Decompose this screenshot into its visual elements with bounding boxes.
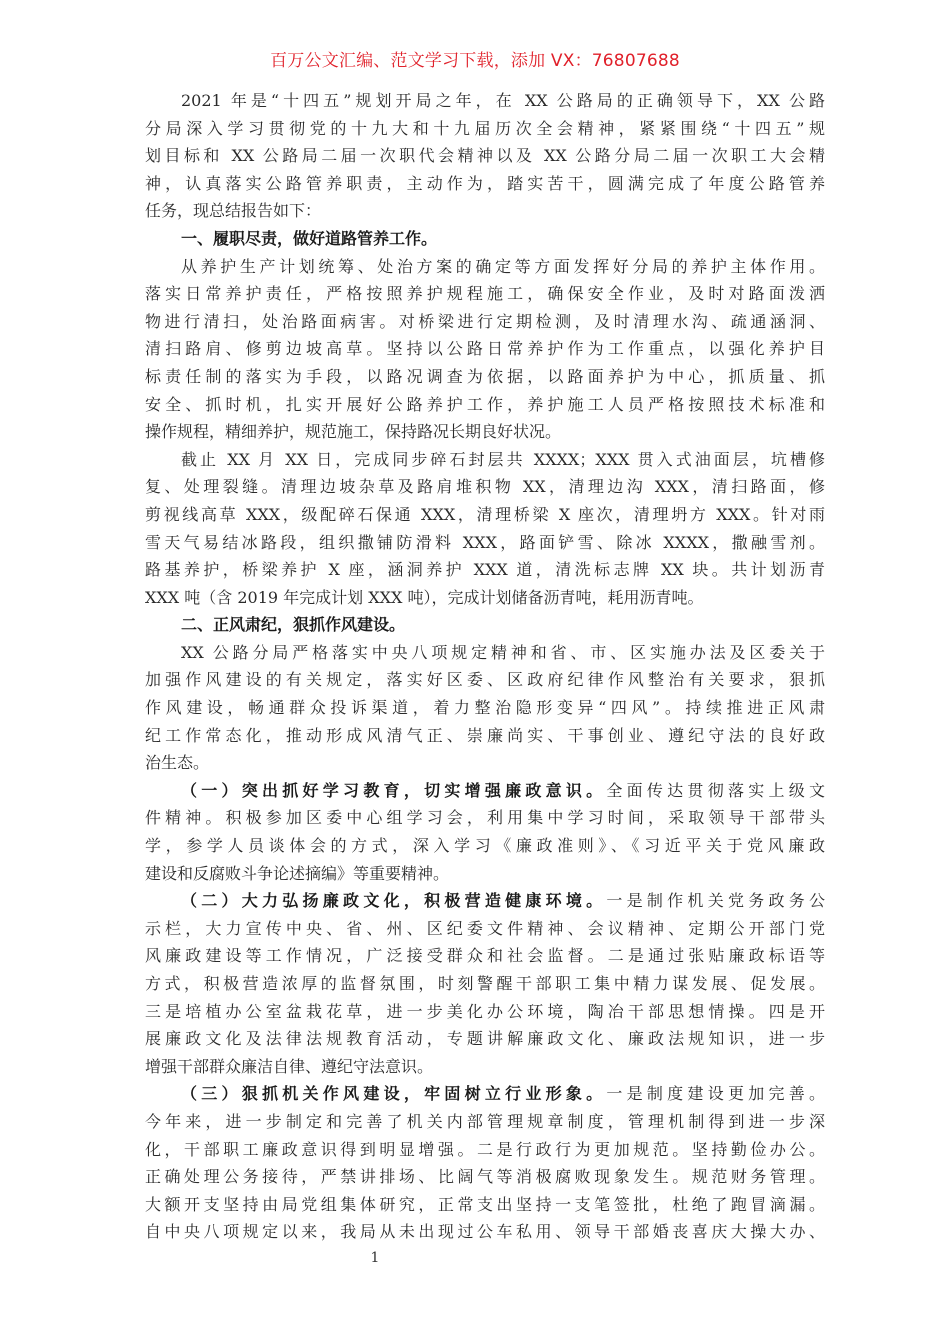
paragraph-line: 建设和反腐败斗争论述摘编》等重要精神。 — [145, 860, 825, 888]
line-text: 风廉政建设等工作情况，广泛接受群众和社会监督。二是通过张贴廉政标语等 — [145, 946, 825, 965]
line-text: 正确处理公务接待，严禁讲排场、比阔气等消极腐败现象发生。规范财务管理。 — [145, 1167, 825, 1186]
paragraph-line: （二）大力弘扬廉政文化，积极营造健康环境。一是制作机关党务政务公 — [145, 887, 825, 915]
line-text: 加强作风建设的有关规定，落实好区委、区政府纪律作风整治有关要求，狠抓 — [145, 670, 825, 689]
line-text: 神，认真落实公路管养职责，主动作为，踏实苦干，圆满完成了年度公路管养 — [145, 174, 825, 193]
paragraph-line: 复、处理裂缝。清理边坡杂草及路肩堆积物 XX，清理边沟 XXX，清扫路面，修 — [145, 473, 825, 501]
line-text: 安全、抓时机，扎实开展好公路养护工作，养护施工人员严格按照技术标准和 — [145, 395, 825, 414]
paragraph-line: 学，参学人员谈体会的方式，深入学习《廉政准则》、《习近平关于党风廉政 — [145, 832, 825, 860]
line-text: 件精神。积极参加区委中心组学习会，利用集中学习时间，采取领导干部带头 — [145, 808, 825, 827]
paragraph-line: 自中央八项规定以来，我局从未出现过公车私用、领导干部婚丧喜庆大操大办、 — [145, 1218, 825, 1246]
paragraph-line: （一）突出抓好学习教育，切实增强廉政意识。全面传达贯彻落实上级文 — [145, 777, 825, 805]
line-text: 雪天气易结冰路段，组织撒铺防滑料 XXX，路面铲雪、除冰 XXXX，撒融雪剂。 — [145, 533, 825, 552]
line-text: 方式，积极营造浓厚的监督氛围，时刻警醒干部职工集中精力谋发展、促发展。 — [145, 974, 825, 993]
line-text: 标责任制的落实为手段，以路况调查为依据，以路面养护为中心，抓质量、抓 — [145, 367, 825, 386]
page-number: 1 — [0, 1250, 950, 1266]
paragraph-line: 加强作风建设的有关规定，落实好区委、区政府纪律作风整治有关要求，狠抓 — [145, 666, 825, 694]
line-text: 复、处理裂缝。清理边坡杂草及路肩堆积物 XX，清理边沟 XXX，清扫路面，修 — [145, 477, 825, 496]
paragraph-line: 大额开支坚持由局党组集体研究，正常支出坚持一支笔签批，杜绝了跑冒滴漏。 — [145, 1191, 825, 1219]
paragraph-line: 雪天气易结冰路段，组织撒铺防滑料 XXX，路面铲雪、除冰 XXXX，撒融雪剂。 — [145, 529, 825, 557]
line-text: 一是制作机关党务政务公 — [606, 891, 825, 910]
paragraph-line: 物进行清扫，处治路面病害。对桥梁进行定期检测，及时清理水沟、疏通涵洞、 — [145, 308, 825, 336]
line-text: 纪工作常态化，推动形成风清气正、崇廉尚实、干事创业、遵纪守法的良好政 — [145, 726, 825, 745]
line-text: 建设和反腐败斗争论述摘编》等重要精神。 — [145, 864, 449, 883]
line-text: 任务，现总结报告如下： — [145, 201, 321, 220]
paragraph-line: 神，认真落实公路管养职责，主动作为，踏实苦干，圆满完成了年度公路管养 — [145, 170, 825, 198]
paragraph-line: 今年来，进一步制定和完善了机关内部管理规章制度，管理机制得到进一步深 — [145, 1108, 825, 1136]
paragraph-line: 标责任制的落实为手段，以路况调查为依据，以路面养护为中心，抓质量、抓 — [145, 363, 825, 391]
line-text: 路基养护，桥梁养护 X 座，涵洞养护 XXX 道，清洗标志牌 XX 块。共计划沥… — [145, 560, 825, 579]
paragraph-line: 分局深入学习贯彻党的十九大和十九届历次全会精神，紧紧围绕“十四五”规 — [145, 115, 825, 143]
paragraph-line: 化，干部职工廉政意识得到明显增强。二是行政行为更加规范。坚持勤俭办公。 — [145, 1136, 825, 1164]
line-text: XXX 吨（含 2019 年完成计划 XXX 吨），完成计划储备沥青吨，耗用沥青… — [145, 588, 704, 607]
line-text: 化，干部职工廉政意识得到明显增强。二是行政行为更加规范。坚持勤俭办公。 — [145, 1140, 825, 1159]
paragraph-line: 治生态。 — [145, 749, 825, 777]
bold-lead-text: （二）大力弘扬廉政文化，积极营造健康环境。 — [181, 891, 606, 910]
page-number-label: 1 — [371, 1250, 380, 1266]
line-text: 增强干部群众廉洁自律、遵纪守法意识。 — [145, 1057, 433, 1076]
paragraph-line: 增强干部群众廉洁自律、遵纪守法意识。 — [145, 1053, 825, 1081]
paragraph-line: 任务，现总结报告如下： — [145, 197, 825, 225]
line-text: 清扫路肩、修剪边坡高草。坚持以公路日常养护作为工作重点，以强化养护目 — [145, 339, 825, 358]
section-heading: 二、正风肃纪，狠抓作风建设。 — [145, 611, 825, 639]
line-text: 展廉政文化及法律法规教育活动，专题讲解廉政文化、廉政法规知识，进一步 — [145, 1029, 825, 1048]
paragraph-line: XX 公路分局严格落实中央八项规定精神和省、市、区实施办法及区委关于 — [145, 639, 825, 667]
line-text: XX 公路分局严格落实中央八项规定精神和省、市、区实施办法及区委关于 — [181, 643, 825, 662]
line-text: 全面传达贯彻落实上级文 — [606, 781, 825, 800]
bold-lead-text: （三）狠抓机关作风建设，牢固树立行业形象。 — [181, 1084, 606, 1103]
paragraph-line: 2021 年是“十四五”规划开局之年，在 XX 公路局的正确领导下，XX 公路 — [145, 87, 825, 115]
line-text: 从养护生产计划统筹、处治方案的确定等方面发挥好分局的养护主体作用。 — [181, 257, 825, 276]
paragraph-line: 截止 XX 月 XX 日，完成同步碎石封层共 XXXX；XXX 贯入式油面层，坑… — [145, 446, 825, 474]
paragraph-line: 示栏，大力宣传中央、省、州、区纪委文件精神、会议精神、定期公开部门党 — [145, 915, 825, 943]
line-text: 大额开支坚持由局党组集体研究，正常支出坚持一支笔签批，杜绝了跑冒滴漏。 — [145, 1195, 825, 1214]
paragraph-line: 清扫路肩、修剪边坡高草。坚持以公路日常养护作为工作重点，以强化养护目 — [145, 335, 825, 363]
line-text: 2021 年是“十四五”规划开局之年，在 XX 公路局的正确领导下，XX 公路 — [181, 91, 825, 110]
line-text: 作风建设，畅通群众投诉渠道，着力整治隐形变异“四风”。持续推进正风肃 — [145, 698, 825, 717]
paragraph-line: （三）狠抓机关作风建设，牢固树立行业形象。一是制度建设更加完善。 — [145, 1080, 825, 1108]
bold-lead-text: 一、履职尽责，做好道路管养工作。 — [181, 229, 437, 248]
section-heading: 一、履职尽责，做好道路管养工作。 — [145, 225, 825, 253]
line-text: 一是制度建设更加完善。 — [606, 1084, 825, 1103]
line-text: 三是培植办公室盆栽花草，进一步美化办公环境，陶冶干部思想情操。四是开 — [145, 1002, 825, 1021]
paragraph-line: 剪视线高草 XXX，级配碎石保通 XXX，清理桥梁 X 座次，清理坍方 XXX。… — [145, 501, 825, 529]
watermark-banner: 百万公文汇编、范文学习下载，添加 VX：76807688 — [0, 46, 950, 71]
line-text: 今年来，进一步制定和完善了机关内部管理规章制度，管理机制得到进一步深 — [145, 1112, 825, 1131]
line-text: 物进行清扫，处治路面病害。对桥梁进行定期检测，及时清理水沟、疏通涵洞、 — [145, 312, 825, 331]
paragraph-line: XXX 吨（含 2019 年完成计划 XXX 吨），完成计划储备沥青吨，耗用沥青… — [145, 584, 825, 612]
line-text: 划目标和 XX 公路局二届一次职代会精神以及 XX 公路分局二届一次职工大会精 — [145, 146, 825, 165]
line-text: 治生态。 — [145, 753, 209, 772]
paragraph-line: 落实日常养护责任，严格按照养护规程施工，确保安全作业，及时对路面泼洒 — [145, 280, 825, 308]
paragraph-line: 风廉政建设等工作情况，广泛接受群众和社会监督。二是通过张贴廉政标语等 — [145, 942, 825, 970]
bold-lead-text: 二、正风肃纪，狠抓作风建设。 — [181, 615, 405, 634]
line-text: 截止 XX 月 XX 日，完成同步碎石封层共 XXXX；XXX 贯入式油面层，坑… — [181, 450, 825, 469]
paragraph-line: 划目标和 XX 公路局二届一次职代会精神以及 XX 公路分局二届一次职工大会精 — [145, 142, 825, 170]
paragraph-line: 纪工作常态化，推动形成风清气正、崇廉尚实、干事创业、遵纪守法的良好政 — [145, 722, 825, 750]
line-text: 操作规程，精细养护，规范施工，保持路况长期良好状况。 — [145, 422, 561, 441]
document-page: 百万公文汇编、范文学习下载，添加 VX：76807688 2021 年是“十四五… — [0, 0, 950, 1344]
bold-lead-text: （一）突出抓好学习教育，切实增强廉政意识。 — [181, 781, 606, 800]
paragraph-line: 正确处理公务接待，严禁讲排场、比阔气等消极腐败现象发生。规范财务管理。 — [145, 1163, 825, 1191]
line-text: 剪视线高草 XXX，级配碎石保通 XXX，清理桥梁 X 座次，清理坍方 XXX。… — [145, 505, 825, 524]
paragraph-line: 方式，积极营造浓厚的监督氛围，时刻警醒干部职工集中精力谋发展、促发展。 — [145, 970, 825, 998]
paragraph-line: 件精神。积极参加区委中心组学习会，利用集中学习时间，采取领导干部带头 — [145, 804, 825, 832]
line-text: 分局深入学习贯彻党的十九大和十九届历次全会精神，紧紧围绕“十四五”规 — [145, 119, 825, 138]
line-text: 示栏，大力宣传中央、省、州、区纪委文件精神、会议精神、定期公开部门党 — [145, 919, 825, 938]
paragraph-line: 作风建设，畅通群众投诉渠道，着力整治隐形变异“四风”。持续推进正风肃 — [145, 694, 825, 722]
paragraph-line: 展廉政文化及法律法规教育活动，专题讲解廉政文化、廉政法规知识，进一步 — [145, 1025, 825, 1053]
paragraph-line: 路基养护，桥梁养护 X 座，涵洞养护 XXX 道，清洗标志牌 XX 块。共计划沥… — [145, 556, 825, 584]
line-text: 自中央八项规定以来，我局从未出现过公车私用、领导干部婚丧喜庆大操大办、 — [145, 1222, 825, 1241]
paragraph-line: 安全、抓时机，扎实开展好公路养护工作，养护施工人员严格按照技术标准和 — [145, 391, 825, 419]
paragraph-line: 三是培植办公室盆栽花草，进一步美化办公环境，陶冶干部思想情操。四是开 — [145, 998, 825, 1026]
paragraph-line: 从养护生产计划统筹、处治方案的确定等方面发挥好分局的养护主体作用。 — [145, 253, 825, 281]
paragraph-line: 操作规程，精细养护，规范施工，保持路况长期良好状况。 — [145, 418, 825, 446]
line-text: 学，参学人员谈体会的方式，深入学习《廉政准则》、《习近平关于党风廉政 — [145, 836, 825, 855]
document-body: 2021 年是“十四五”规划开局之年，在 XX 公路局的正确领导下，XX 公路分… — [145, 87, 825, 1246]
line-text: 落实日常养护责任，严格按照养护规程施工，确保安全作业，及时对路面泼洒 — [145, 284, 825, 303]
